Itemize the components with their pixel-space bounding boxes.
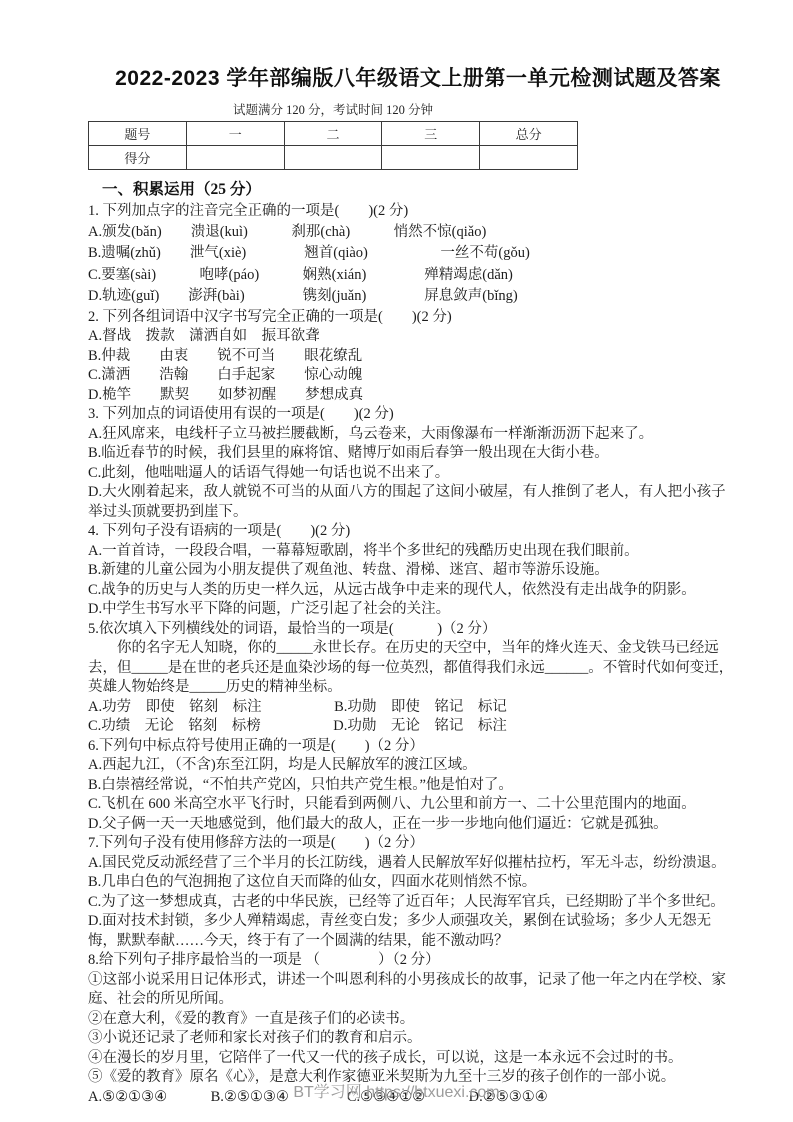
- q8-sentence-2: ②在意大利，《爱的教育》一直是孩子们的必读书。: [88, 1010, 737, 1030]
- q5-options-ab: A.功劳 即使 铭刻 标注 B.功勋 即使 铭记 标记: [88, 698, 737, 718]
- q1-option-c: C.要塞(sài) 咆哮(páo) 娴熟(xián) 殚精竭虑(dǎn): [88, 265, 737, 287]
- score-cell-empty-total: [480, 146, 578, 170]
- question-2: 2. 下列各组词语中汉字书写完全正确的一项是( )(2 分) A.督战 拨款 潇…: [88, 308, 737, 406]
- q1-option-a: A.颁发(bǎn) 溃退(kuì) 刹那(chà) 悄然不惊(qiǎo): [88, 222, 737, 244]
- q3-option-d: D.大火刚着起来，敌人就锐不可当的从面八方的围起了这间小破屋，有人推倒了老人，有…: [88, 483, 737, 522]
- q5-options-cd: C.功绩 无论 铭刻 标榜 D.功勋 无论 铭记 标注: [88, 717, 737, 737]
- q7-option-d: D.面对技术封锁，多少人殚精竭虑，青丝变白发；多少人顽强攻关，累倒在试验场；多少…: [88, 912, 737, 951]
- q4-option-b: B.新建的儿童公园为小朋友提供了观鱼池、转盘、滑梯、迷宫、超市等游乐设施。: [88, 561, 737, 581]
- q2-stem: 2. 下列各组词语中汉字书写完全正确的一项是( )(2 分): [88, 308, 737, 328]
- q8-sentence-3: ③小说还记录了老师和家长对孩子们的教育和启示。: [88, 1029, 737, 1049]
- q1-option-d: D.轨迹(guǐ) 澎湃(bài) 镌刻(juǎn) 屏息敛声(bǐng): [88, 286, 737, 308]
- q6-option-b: B.白崇禧经常说，“不怕共产党凶，只怕共产党生根。”他是怕对了。: [88, 776, 737, 796]
- q3-option-a: A.狂风席来，电线杆子立马被拦腰截断，乌云卷来，大雨像瀑布一样渐渐沥沥下起来了。: [88, 425, 737, 445]
- q6-option-a: A.西起九江，（不含)东至江阴，均是人民解放军的渡江区域。: [88, 756, 737, 776]
- q2-option-c: C.潇洒 浩翰 白手起家 惊心动魄: [88, 366, 737, 386]
- question-7: 7.下列句子没有使用修辞方法的一项是( )（2 分） A.国民党反动派经营了三个…: [88, 834, 737, 951]
- q6-option-c: C.飞机在 600 米高空水平飞行时，只能看到两侧八、九公里和前方一、二十公里范…: [88, 795, 737, 815]
- score-cell-empty-3: [382, 146, 480, 170]
- score-col-1: 一: [186, 122, 284, 146]
- q1-stem: 1. 下列加点字的注音完全正确的一项是( )(2 分): [88, 202, 737, 222]
- score-table-score-row: 得分: [89, 146, 578, 170]
- q4-option-c: C.战争的历史与人类的历史一样久远，从远古战争中走来的现代人，依然没有走出战争的…: [88, 581, 737, 601]
- exam-info-line: 试题满分 120 分，考试时间 120 分钟: [88, 100, 578, 118]
- score-col-total: 总分: [480, 122, 578, 146]
- q8-sentence-1: ①这部小说采用日记体形式，讲述一个叫恩利科的小男孩成长的故事，记录了他一年之内在…: [88, 971, 737, 1010]
- question-4: 4. 下列句子没有语病的一项是( )(2 分) A.一首首诗，一段段合唱，一幕幕…: [88, 522, 737, 620]
- question-5: 5.依次填入下列横线处的词语，最恰当的一项是( )（2 分） 你的名字无人知晓，…: [88, 620, 737, 737]
- score-col-label: 题号: [89, 122, 187, 146]
- q7-option-a: A.国民党反动派经营了三个半月的长江防线，遇着人民解放军好似摧枯拉朽，军无斗志，…: [88, 854, 737, 874]
- question-6: 6.下列句中标点符号使用正确的一项是( )（2 分） A.西起九江，（不含)东至…: [88, 737, 737, 835]
- footer-watermark: BT学习网 https://btxuexi.com: [0, 1079, 793, 1102]
- q7-option-b: B.几串白色的气泡拥抱了这位自天而降的仙女，四面水花则悄然不惊。: [88, 873, 737, 893]
- q1-option-b: B.遗嘱(zhǔ) 泄气(xiè) 翘首(qiào) 一丝不苟(gǒu): [88, 243, 737, 265]
- q6-stem: 6.下列句中标点符号使用正确的一项是( )（2 分）: [88, 737, 737, 757]
- question-1: 1. 下列加点字的注音完全正确的一项是( )(2 分) A.颁发(bǎn) 溃退…: [88, 202, 737, 308]
- q3-option-b: B.临近春节的时候，我们县里的麻将馆、赌博厅如雨后春笋一般出现在大街小巷。: [88, 444, 737, 464]
- score-cell-empty-2: [284, 146, 382, 170]
- question-3: 3. 下列加点的词语使用有误的一项是( )(2 分) A.狂风席来，电线杆子立马…: [88, 405, 737, 522]
- page-title: 2022-2023 学年部编版八年级语文上册第一单元检测试题及答案: [58, 62, 778, 92]
- q2-option-d: D.桅竿 默契 如梦初醒 梦想成真: [88, 386, 737, 406]
- q7-stem: 7.下列句子没有使用修辞方法的一项是( )（2 分）: [88, 834, 737, 854]
- score-col-3: 三: [382, 122, 480, 146]
- q5-passage: 你的名字无人知晓，你的_____永世长存。在历史的天空中，当年的烽火连天、金戈铁…: [88, 639, 737, 698]
- q2-option-b: B.仲裁 由衷 锐不可当 眼花缭乱: [88, 347, 737, 367]
- q6-option-d: D.父子俩一天一天地感觉到，他们最大的敌人，正在一步一步地向他们逼近：它就是孤独…: [88, 815, 737, 835]
- q4-option-d: D.中学生书写水平下降的问题，广泛引起了社会的关注。: [88, 600, 737, 620]
- q5-stem: 5.依次填入下列横线处的词语，最恰当的一项是( )（2 分）: [88, 620, 737, 640]
- score-cell-empty-1: [186, 146, 284, 170]
- exam-document-page: 2022-2023 学年部编版八年级语文上册第一单元检测试题及答案 试题满分 1…: [0, 0, 793, 1122]
- q3-stem: 3. 下列加点的词语使用有误的一项是( )(2 分): [88, 405, 737, 425]
- score-table: 题号 一 二 三 总分 得分: [88, 121, 578, 170]
- score-col-2: 二: [284, 122, 382, 146]
- score-table-header-row: 题号 一 二 三 总分: [89, 122, 578, 146]
- q3-option-c: C.此刻，他咄咄逼人的话语气得她一句话也说不出来了。: [88, 464, 737, 484]
- q4-stem: 4. 下列句子没有语病的一项是( )(2 分): [88, 522, 737, 542]
- q4-option-a: A.一首首诗，一段段合唱，一幕幕短歌剧，将半个多世纪的残酷历史出现在我们眼前。: [88, 542, 737, 562]
- section-title: 一、积累运用（25 分）: [102, 177, 737, 199]
- q7-option-c: C.为了这一梦想成真，古老的中华民族，已经等了近百年；人民海军官兵，已经期盼了半…: [88, 893, 737, 913]
- q8-sentence-4: ④在漫长的岁月里，它陪伴了一代又一代的孩子成长，可以说，这是一本永远不会过时的书…: [88, 1049, 737, 1069]
- score-row-label: 得分: [89, 146, 187, 170]
- q8-stem: 8.给下列句子排序最恰当的一项是 （ ）（2 分）: [88, 951, 737, 971]
- q2-option-a: A.督战 拨款 潇洒自如 振耳欲聋: [88, 327, 737, 347]
